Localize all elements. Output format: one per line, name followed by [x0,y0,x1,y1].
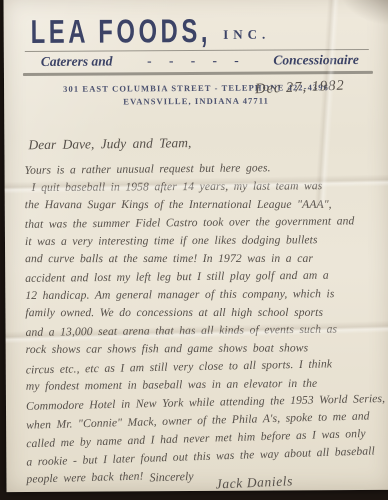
letter-paper: LEA FOODS,INC. Caterers and ----- Conces… [3,0,388,492]
address-line-2: EVANSVILLE, INDIANA 47711 [19,94,373,109]
letterhead-rule-bottom [23,71,373,76]
tagline-dashes: ----- [138,53,247,70]
letterhead: LEA FOODS,INC. [31,13,373,48]
company-suffix: INC. [223,27,270,43]
tagline-dash: - [191,53,196,69]
tagline-left: Caterers and [41,54,113,70]
tagline-dash: - [169,53,174,69]
letter-body-line: 12 handicap. Am general manager of this … [25,285,374,305]
company-name: LEA FOODS, [31,14,212,48]
tagline-dash: - [212,53,217,69]
tagline-right: Concessionaire [273,52,359,69]
tagline-dash: - [147,53,152,69]
letter-body-line: it was a very interesting time if one li… [25,231,374,251]
closing: Sincerely [149,469,194,485]
photo-of-letter: { "photo": { "background_color": "#1c151… [0,0,388,500]
letter-body-line: I quit baseball in 1958 after 14 years, … [32,177,374,197]
letterhead-tagline: Caterers and ----- Concessionaire [41,52,359,70]
signature: Jack Daniels [216,474,294,493]
salutation: Dear Dave, Judy and Team, [28,133,373,154]
tagline-dash: - [234,53,239,69]
letter-body: Yours is a rather unusual request but he… [24,159,375,485]
